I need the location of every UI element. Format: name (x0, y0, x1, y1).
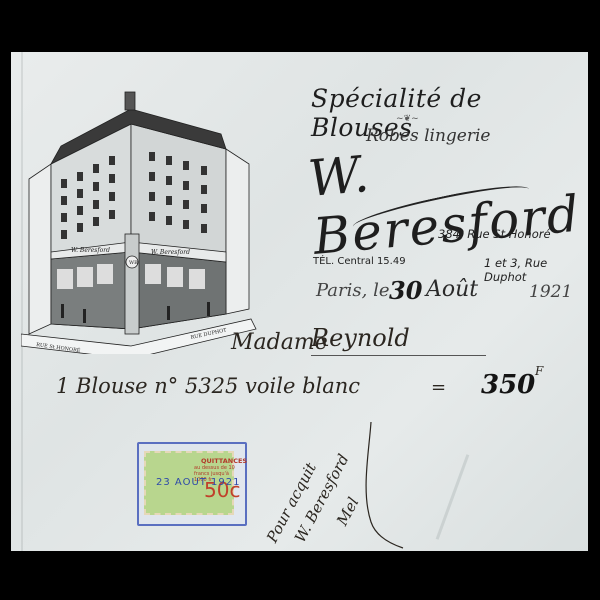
address-line-2: 1 et 3, Rue Duphot (484, 256, 588, 284)
invoice-place: Paris, le (316, 280, 390, 301)
invoice-month: Août (426, 277, 478, 302)
building-sign-right: W. Beresford (151, 249, 190, 256)
line-item-amount: 350 (481, 370, 535, 400)
signature-flourish (341, 412, 421, 551)
invoice-day: 30 (389, 276, 422, 305)
building-monogram: WB (129, 260, 138, 266)
building-sign-left: W. Beresford (71, 247, 110, 254)
line-item-equals: = (431, 377, 446, 398)
ornament-icon: ~❦~ (396, 114, 419, 124)
line-item: 1 Blouse n° 5325 voile blanc (56, 374, 360, 398)
address-line-1: 384, Rue St Honoré (438, 227, 551, 241)
stamp-cancel-date: 23 AOUT 1921 (156, 477, 241, 488)
recipient-name: Reynold (311, 324, 410, 352)
invoice-document: W. Beresford W. Beresford WB RUE St HONO… (11, 52, 588, 551)
building-engraving-illustration: W. Beresford W. Beresford WB RUE St HONO… (21, 84, 261, 354)
recipient-underline (311, 355, 486, 356)
currency-symbol: F (535, 364, 543, 378)
telephone: TÉL. Central 15.49 (313, 256, 406, 267)
acknowledgement-signature: Pour acquit W. Beresford Mel (261, 412, 421, 551)
stamp-title: QUITTANCES (201, 457, 247, 465)
paper-crease (436, 454, 470, 540)
invoice-year: 1921 (529, 282, 572, 302)
